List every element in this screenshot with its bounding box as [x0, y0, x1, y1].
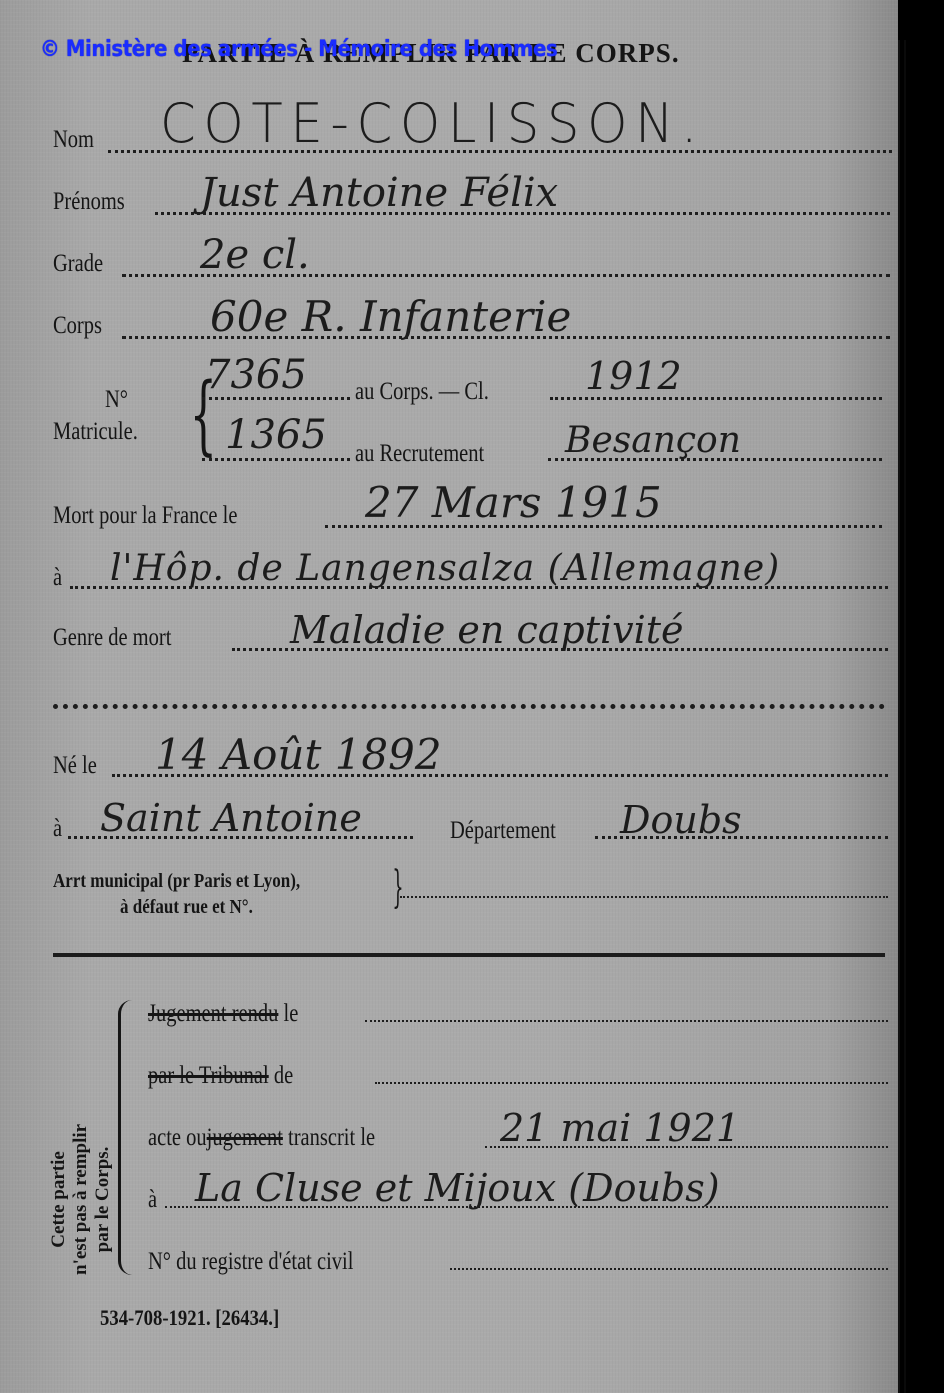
naissance-lieu-value: Saint Antoine	[100, 796, 362, 840]
naissance-date-value: 14 Août 1892	[155, 730, 442, 779]
lower-section-brace	[118, 1000, 135, 1275]
departement-value: Doubs	[620, 798, 742, 842]
nom-value: COTE-COLISSON.	[160, 92, 705, 155]
section-divider-dotted	[53, 704, 885, 709]
corps-number-value: 7365	[205, 352, 307, 398]
transcrit-label: acte oujugement transcrit le	[148, 1124, 375, 1152]
card-edge	[904, 40, 906, 1393]
registre-label: N° du registre d'état civil	[148, 1248, 353, 1276]
jugement-line	[365, 1020, 888, 1022]
arrondissement-brace: }	[392, 866, 403, 910]
grade-label: Grade	[53, 250, 103, 278]
transcrit-struck: jugement	[207, 1124, 283, 1151]
watermark: © Ministère des armées - Mémoire des Hom…	[40, 37, 557, 62]
transcrit-acte: acte ou	[148, 1124, 207, 1151]
naissance-lieu-label: à	[53, 815, 62, 843]
arrondissement-line	[400, 896, 888, 898]
side-note-line-2: n'est pas à remplir	[70, 1124, 92, 1275]
prenoms-value: Just Antoine Félix	[200, 170, 558, 216]
recrutement-number-value: 1365	[225, 412, 327, 458]
transcrit-le: transcrit le	[288, 1124, 375, 1151]
jugement-le: le	[283, 1000, 298, 1027]
tribunal-line	[375, 1082, 888, 1084]
side-note-line-3: par le Corps.	[92, 1124, 114, 1275]
mort-date-value: 27 Mars 1915	[365, 478, 662, 527]
classe-value: 1912	[585, 354, 682, 398]
mort-lieu-value: l'Hôp. de Langensalza (Allemagne)	[110, 548, 780, 589]
departement-label: Département	[450, 817, 556, 845]
genre-mort-label: Genre de mort	[53, 624, 171, 652]
grade-value: 2e cl.	[200, 232, 310, 278]
au-recrutement-label: au Recrutement	[355, 440, 484, 468]
genre-mort-value: Maladie en captivité	[290, 608, 684, 652]
arrondissement-label-2: à défaut rue et N°.	[120, 896, 253, 919]
jugement-struck: Jugement rendu	[148, 1000, 278, 1027]
mort-date-label: Mort pour la France le	[53, 502, 237, 530]
tribunal-label: par le Tribunal de	[148, 1062, 293, 1090]
nom-label: Nom	[53, 126, 94, 154]
naissance-date-label: Né le	[53, 752, 97, 780]
corps-label: Corps	[53, 312, 102, 340]
footer-code: 534-708-1921. [26434.]	[100, 1305, 279, 1331]
registre-line	[450, 1268, 888, 1270]
transcrit-lieu-value: La Cluse et Mijoux (Doubs)	[195, 1166, 720, 1210]
prenoms-label: Prénoms	[53, 188, 125, 216]
matricule-label: Matricule.	[53, 418, 138, 446]
matricule-label-no: N°	[105, 386, 128, 414]
transcrit-value: 21 mai 1921	[500, 1106, 740, 1150]
card-edge	[898, 40, 900, 1393]
section-divider	[53, 953, 885, 957]
arrondissement-label: Arrt municipal (pr Paris et Lyon),	[53, 870, 300, 893]
recrutement-value: Besançon	[565, 420, 741, 461]
corps-value: 60e R. Infanterie	[210, 292, 571, 341]
transcrit-lieu-label: à	[148, 1186, 157, 1214]
jugement-label: Jugement rendu le	[148, 1000, 298, 1028]
au-corps-label: au Corps. — Cl.	[355, 378, 489, 406]
tribunal-de: de	[274, 1062, 293, 1089]
tribunal-struck: par le Tribunal	[148, 1062, 269, 1089]
mort-lieu-label: à	[53, 564, 62, 592]
recrutement-number-line	[202, 458, 350, 461]
side-note: Cette partie n'est pas à remplir par le …	[48, 1124, 114, 1275]
side-note-line-1: Cette partie	[48, 1124, 70, 1275]
